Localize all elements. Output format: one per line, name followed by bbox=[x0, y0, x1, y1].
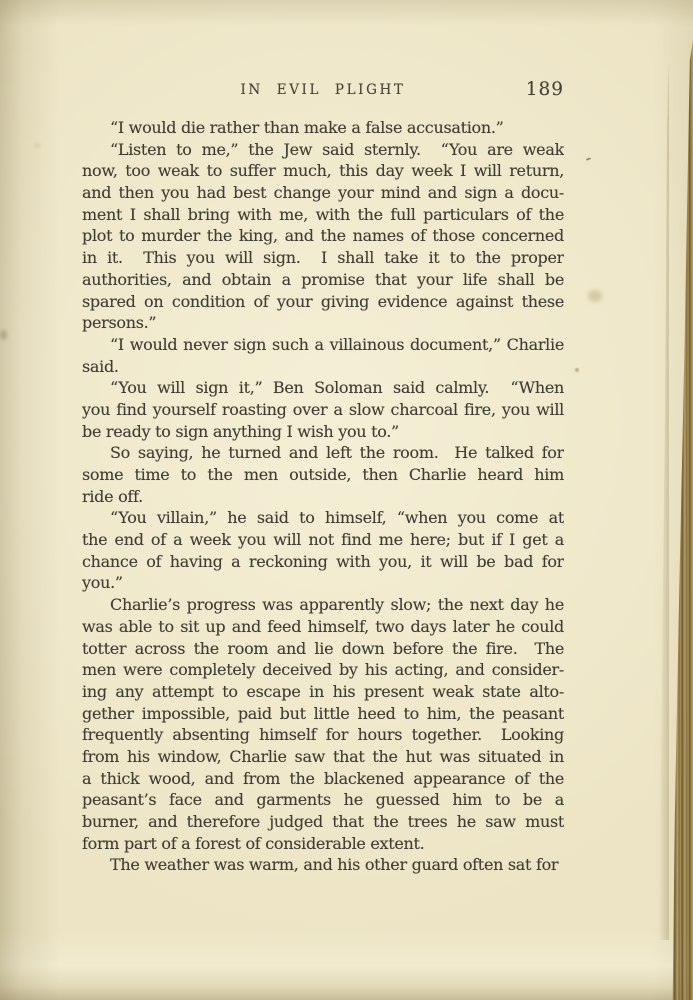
running-head: IN EVIL PLIGHT 189 bbox=[82, 79, 564, 101]
text-line: spared on condition of your giving evide… bbox=[82, 291, 564, 313]
page-stack-edge bbox=[667, 0, 693, 1000]
text-line: “I would die rather than make a false ac… bbox=[82, 117, 564, 139]
paragraph: “Listen to me,” the Jew said sternly. “Y… bbox=[82, 139, 564, 334]
book-page-scan: IN EVIL PLIGHT 189 “I would die rather t… bbox=[0, 0, 693, 1000]
text-line: persons.” bbox=[82, 312, 564, 334]
text-line: burner, and therefore judged that the tr… bbox=[82, 811, 564, 833]
text-line: was able to sit up and feed himself, two… bbox=[82, 616, 564, 638]
text-line: “You will sign it,” Ben Soloman said cal… bbox=[82, 377, 564, 399]
text-line: form part of a forest of considerable ex… bbox=[82, 833, 564, 855]
text-line: peasant’s face and garments he guessed h… bbox=[82, 789, 564, 811]
page-number: 189 bbox=[526, 79, 564, 100]
scan-artifact bbox=[575, 368, 579, 372]
text-line: you find yourself roasting over a slow c… bbox=[82, 399, 564, 421]
text-line: in it. This you will sign. I shall take … bbox=[82, 247, 564, 269]
text-line: So saying, he turned and left the room. … bbox=[82, 442, 564, 464]
text-line: gether impossible, paid but little heed … bbox=[82, 703, 564, 725]
text-line: the end of a week you will not find me h… bbox=[82, 529, 564, 551]
paragraph: So saying, he turned and left the room. … bbox=[82, 442, 564, 507]
text-line: now, too weak to suffer much, this day w… bbox=[82, 160, 564, 182]
text-line: Charlie’s progress was apparently slow; … bbox=[82, 594, 564, 616]
page-text: “I would die rather than make a false ac… bbox=[82, 117, 564, 876]
text-line: “I would never sign such a villainous do… bbox=[82, 334, 564, 356]
text-line: “Listen to me,” the Jew said sternly. “Y… bbox=[82, 139, 564, 161]
text-line: men were completely deceived by his acti… bbox=[82, 659, 564, 681]
paragraph: “You villain,” he said to himself, “when… bbox=[82, 507, 564, 594]
text-line: be ready to sign anything I wish you to.… bbox=[82, 421, 564, 443]
text-line: from his window, Charlie saw that the hu… bbox=[82, 746, 564, 768]
scan-artifact bbox=[588, 290, 602, 302]
scan-artifact bbox=[0, 330, 7, 340]
scan-artifact bbox=[34, 143, 40, 148]
text-line: totter across the room and lie down befo… bbox=[82, 638, 564, 660]
paragraph: “I would die rather than make a false ac… bbox=[82, 117, 564, 139]
text-line: and then you had best change your mind a… bbox=[82, 182, 564, 204]
paragraph: “I would never sign such a villainous do… bbox=[82, 334, 564, 377]
text-line: The weather was warm, and his other guar… bbox=[82, 854, 564, 876]
text-line: authorities, and obtain a promise that y… bbox=[82, 269, 564, 291]
text-line: plot to murder the king, and the names o… bbox=[82, 225, 564, 247]
scan-artifact bbox=[586, 157, 591, 160]
paragraph: The weather was warm, and his other guar… bbox=[82, 854, 564, 876]
text-line: said. bbox=[82, 356, 564, 378]
page-stack-edge-shadow bbox=[659, 60, 669, 940]
running-title: IN EVIL PLIGHT bbox=[82, 82, 564, 98]
paragraph: “You will sign it,” Ben Soloman said cal… bbox=[82, 377, 564, 442]
text-line: ing any attempt to escape in his present… bbox=[82, 681, 564, 703]
paragraph: Charlie’s progress was apparently slow; … bbox=[82, 594, 564, 854]
text-line: chance of having a reckoning with you, i… bbox=[82, 551, 564, 573]
text-line: ride off. bbox=[82, 486, 564, 508]
text-line: ment I shall bring with me, with the ful… bbox=[82, 204, 564, 226]
text-line: frequently absenting himself for hours t… bbox=[82, 724, 564, 746]
text-line: you.” bbox=[82, 572, 564, 594]
text-line: some time to the men outside, then Charl… bbox=[82, 464, 564, 486]
text-line: “You villain,” he said to himself, “when… bbox=[82, 507, 564, 529]
text-line: a thick wood, and from the blackened app… bbox=[82, 768, 564, 790]
